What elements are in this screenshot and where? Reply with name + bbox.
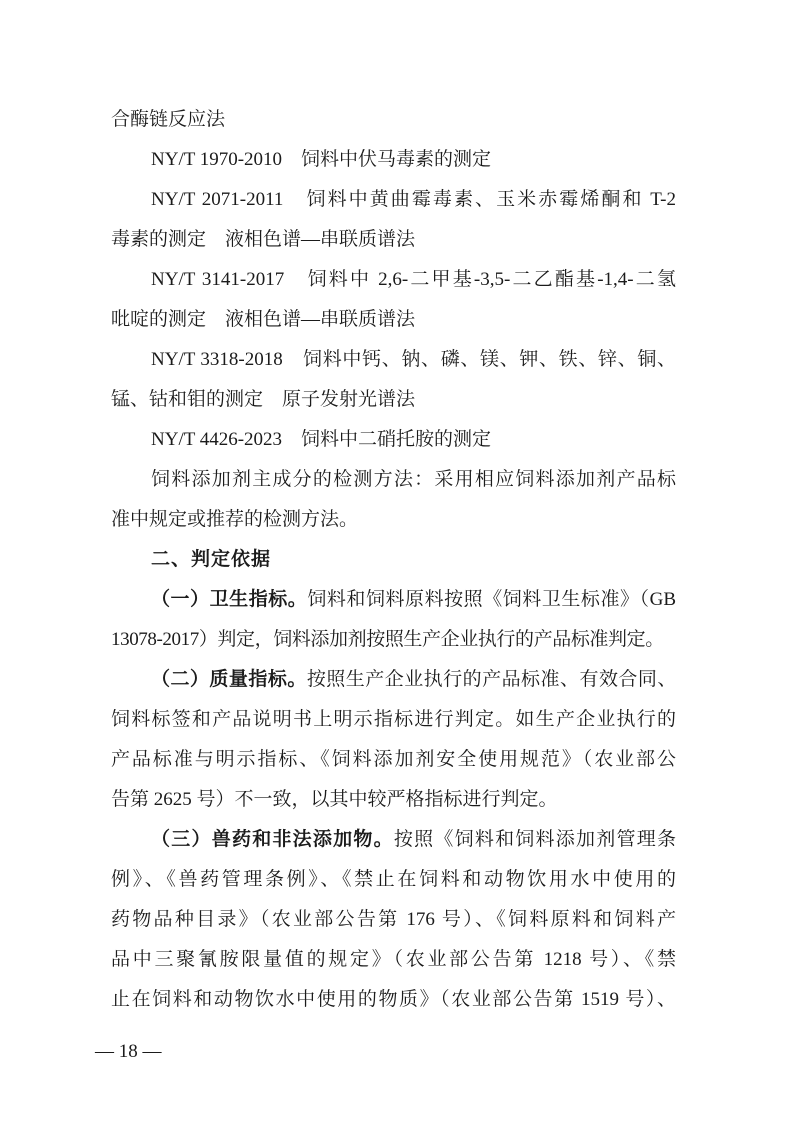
text-line: 合酶链反应法 <box>111 100 676 140</box>
text-line: 饲料添加剂主成分的检测方法：采用相应饲料添加剂产品标 <box>111 460 676 500</box>
text-line: 产品标准与明示指标、《饲料添加剂安全使用规范》（农业部公 <box>111 740 676 780</box>
bold-label: （三）兽药和非法添加物。 <box>151 829 394 850</box>
text-line: 吡啶的测定 液相色谱—串联质谱法 <box>111 300 676 340</box>
page-number: — 18 — <box>95 1032 162 1072</box>
text-line: 例》、《兽药管理条例》、《禁止在饲料和动物饮用水中使用的 <box>111 860 676 900</box>
text-line: （三）兽药和非法添加物。按照《饲料和饲料添加剂管理条 <box>111 820 676 860</box>
section-heading: 二、判定依据 <box>111 540 676 580</box>
text-line: 锰、钴和钼的测定 原子发射光谱法 <box>111 380 676 420</box>
text-line: 饲料标签和产品说明书上明示指标进行判定。如生产企业执行的 <box>111 700 676 740</box>
bold-label: （一）卫生指标。 <box>151 589 307 610</box>
text-line: （一）卫生指标。饲料和饲料原料按照《饲料卫生标准》（GB <box>111 580 676 620</box>
text-line: NY/T 3141-2017 饲料中 2,6-二甲基-3,5-二乙酯基-1,4-… <box>111 260 676 300</box>
bold-label: （二）质量指标。 <box>151 669 307 690</box>
text-line: NY/T 3318-2018 饲料中钙、钠、磷、镁、钾、铁、锌、铜、 <box>111 340 676 380</box>
text-line: 药物品种目录》（农业部公告第 176 号）、《饲料原料和饲料产 <box>111 900 676 940</box>
text-line: NY/T 2071-2011 饲料中黄曲霉毒素、玉米赤霉烯酮和 T-2 <box>111 180 676 220</box>
heading-label: 二、判定依据 <box>151 549 271 570</box>
text-line: 品中三聚氰胺限量值的规定》（农业部公告第 1218 号）、《禁 <box>111 940 676 980</box>
text-line: NY/T 4426-2023 饲料中二硝托胺的测定 <box>111 420 676 460</box>
text-line: 告第 2625 号）不一致，以其中较严格指标进行判定。 <box>111 780 676 820</box>
text-line: 止在饲料和动物饮水中使用的物质》（农业部公告第 1519 号）、 <box>111 980 676 1020</box>
text-block: 合酶链反应法NY/T 1970-2010 饲料中伏马毒素的测定NY/T 2071… <box>111 100 676 1020</box>
text-line: （二）质量指标。按照生产企业执行的产品标准、有效合同、 <box>111 660 676 700</box>
text-line: NY/T 1970-2010 饲料中伏马毒素的测定 <box>111 140 676 180</box>
text-line: 13078-2017）判定，饲料添加剂按照生产企业执行的产品标准判定。 <box>111 620 676 660</box>
text-line: 准中规定或推荐的检测方法。 <box>111 500 676 540</box>
document-page: 合酶链反应法NY/T 1970-2010 饲料中伏马毒素的测定NY/T 2071… <box>0 0 794 1123</box>
text-line: 毒素的测定 液相色谱—串联质谱法 <box>111 220 676 260</box>
